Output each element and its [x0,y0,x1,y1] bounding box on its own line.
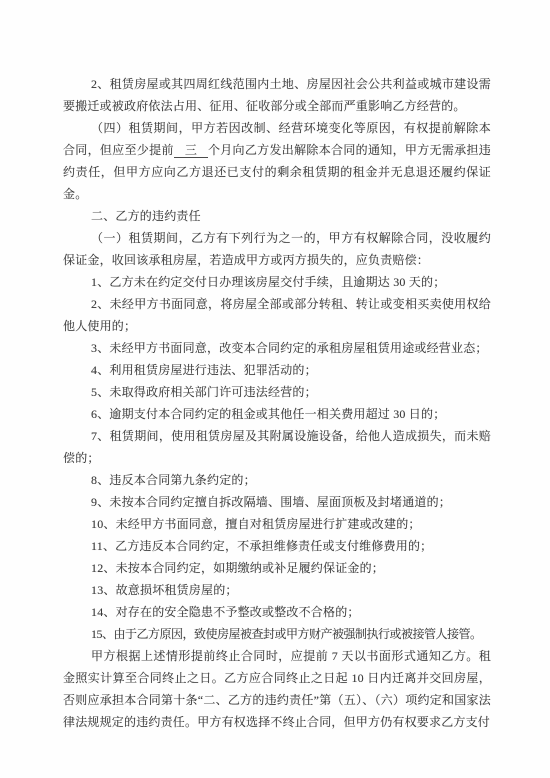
item-12: 12、未按本合同约定，如期缴纳或补足履约保证金的； [63,557,491,579]
item-10: 10、未经甲方书面同意，擅自对租赁房屋进行扩建或改建的； [63,513,491,535]
item-5: 5、未取得政府相关部门许可违法经营的； [63,381,491,403]
item-9: 9、未按本合同约定擅自拆改隔墙、围墙、屋面顶板及封堵通道的； [63,491,491,513]
item-13: 13、故意损坏租赁房屋的； [63,579,491,601]
item-1: 1、乙方未在约定交付日办理该房屋交付手续，且逾期达 30 天的； [63,271,491,293]
item-14: 14、对存在的安全隐患不予整改或整改不合格的； [63,601,491,623]
clause-2: 2、租赁房屋或其四周红线范围内土地、房屋因社会公共利益或城市建设需要搬迁或被政府… [63,73,491,117]
termination-notice: 甲方根据上述情形提前终止合同时，应提前 7 天以书面形式通知乙方。租金照实计算至… [63,645,491,733]
item-6: 6、逾期支付本合同约定的租金或其他任一相关费用超过 30 日的； [63,403,491,425]
item-4: 4、利用租赁房屋进行违法、犯罪活动的； [63,359,491,381]
clause-2-1-intro: （一）租赁期间，乙方有下列行为之一的，甲方有权解除合同，没收履约保证金，收回该承… [63,227,491,271]
item-3: 3、未经甲方书面同意，改变本合同约定的承租房屋租赁用途或经营业态； [63,337,491,359]
filled-blank: 三 [174,143,208,158]
item-2: 2、未经甲方书面同意，将房屋全部或部分转租、转让或变相买卖使用权给他人使用的； [63,293,491,337]
item-8: 8、违反本合同第九条约定的； [63,469,491,491]
item-15: 15、由于乙方原因，致使房屋被查封或甲方财产被强制执行或被接管人接管。 [63,623,491,645]
contract-body: 2、租赁房屋或其四周红线范围内土地、房屋因社会公共利益或城市建设需要搬迁或被政府… [0,0,550,733]
item-7: 7、租赁期间，使用租赁房屋及其附属设施设备，给他人造成损失，而未赔偿的； [63,425,491,469]
section-2-heading: 二、乙方的违约责任 [63,205,491,227]
item-11: 11、乙方违反本合同约定，不承担维修责任或支付维修费用的； [63,535,491,557]
clause-4: （四）租赁期间，甲方若因改制、经营环境变化等原因，有权提前解除本合同，但应至少提… [63,117,491,205]
contract-page: 2、租赁房屋或其四周红线范围内土地、房屋因社会公共利益或城市建设需要搬迁或被政府… [0,0,550,778]
